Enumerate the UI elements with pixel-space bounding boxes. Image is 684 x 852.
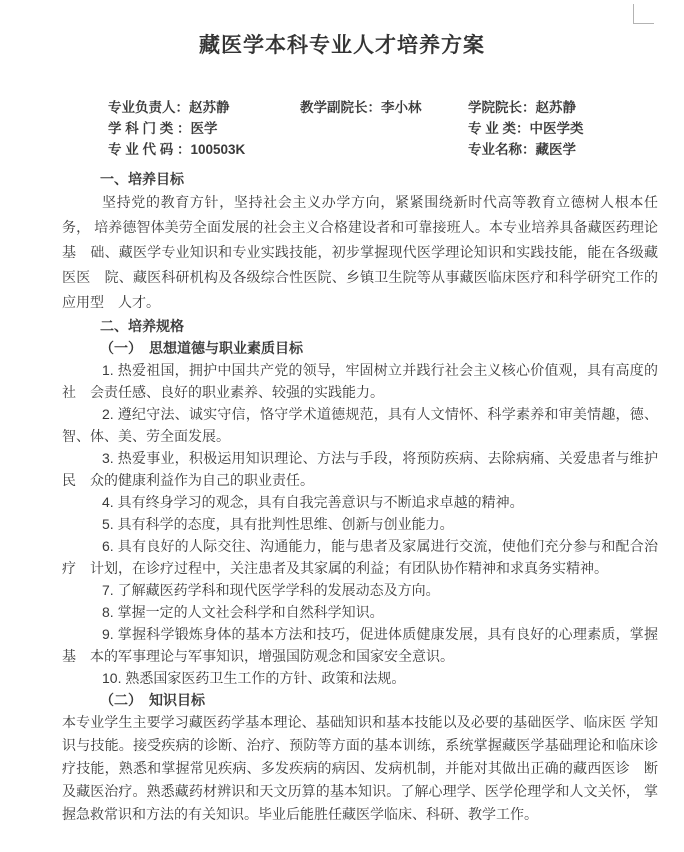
subsection-2-heading: （二） 知识目标 — [62, 689, 658, 711]
requirement-item-9: 9. 掌握科学锻炼身体的基本方法和技巧，促进体质健康发展，具有良好的心理素质，掌… — [62, 623, 658, 667]
requirement-item-3: 3. 热爱事业，积极运用知识理论、方法与手段，将预防疾病、去除病痛、关爱患者与维… — [62, 447, 658, 491]
header-info-grid: 专业负责人：赵苏静 教学副院长：李小林 学院院长：赵苏静 学 科 门 类 ：医学… — [108, 97, 654, 160]
section-1-paragraph: 坚持党的教育方针，坚持社会主义办学方向，紧紧围绕新时代高等教育立德树人根本任务，… — [62, 190, 658, 315]
requirement-item-6: 6. 具有良好的人际交往、沟通能力，能与患者及家属进行交流，使他们充分参与和配合… — [62, 535, 658, 579]
info-field-empty — [300, 139, 468, 160]
requirement-item-8: 8. 掌握一定的人文社会科学和自然科学知识。 — [62, 601, 658, 623]
section-1-heading: 一、培养目标 — [62, 168, 658, 190]
document-body: 一、培养目标 坚持党的教育方针，坚持社会主义办学方向，紧紧围绕新时代高等教育立德… — [62, 168, 658, 826]
subsection-1-heading: （一） 思想道德与职业素质目标 — [62, 337, 658, 359]
info-field-discipline: 学 科 门 类 ：医学 — [108, 118, 300, 139]
info-field-major-leader: 专业负责人：赵苏静 — [108, 97, 300, 118]
requirement-item-4: 4. 具有终身学习的观念，具有自我完善意识与不断追求卓越的精神。 — [62, 491, 658, 513]
document-page: 藏医学本科专业人才培养方案 专业负责人：赵苏静 教学副院长：李小林 学院院长：赵… — [0, 0, 684, 852]
knowledge-goal-paragraph: 本专业学生主要学习藏医药学基本理论、基础知识和基本技能以及必要的基础医学、临床医… — [62, 711, 658, 826]
info-field-dean: 学院院长：赵苏静 — [468, 97, 654, 118]
requirement-item-10: 10. 熟悉国家医药卫生工作的方针、政策和法规。 — [62, 667, 658, 689]
requirement-item-5: 5. 具有科学的态度，具有批判性思维、创新与创业能力。 — [62, 513, 658, 535]
info-field-major-code: 专 业 代 码 ：100503K — [108, 139, 300, 160]
info-field-major-name: 专业名称：藏医学 — [468, 139, 654, 160]
info-field-empty — [300, 118, 468, 139]
info-field-vice-dean: 教学副院长：李小林 — [300, 97, 468, 118]
section-2-heading: 二、培养规格 — [62, 315, 658, 337]
info-field-major-category: 专 业 类：中医学类 — [468, 118, 654, 139]
requirement-item-2: 2. 遵纪守法、诚实守信，恪守学术道德规范，具有人文情怀、科学素养和审美情趣，德… — [62, 403, 658, 447]
requirement-item-1: 1. 热爱祖国，拥护中国共产党的领导，牢固树立并践行社会主义核心价值观，具有高度… — [62, 359, 658, 403]
document-title: 藏医学本科专业人才培养方案 — [0, 33, 684, 59]
page-margin-corner-mark — [633, 4, 654, 24]
requirement-item-7: 7. 了解藏医药学科和现代医学学科的发展动态及方向。 — [62, 579, 658, 601]
